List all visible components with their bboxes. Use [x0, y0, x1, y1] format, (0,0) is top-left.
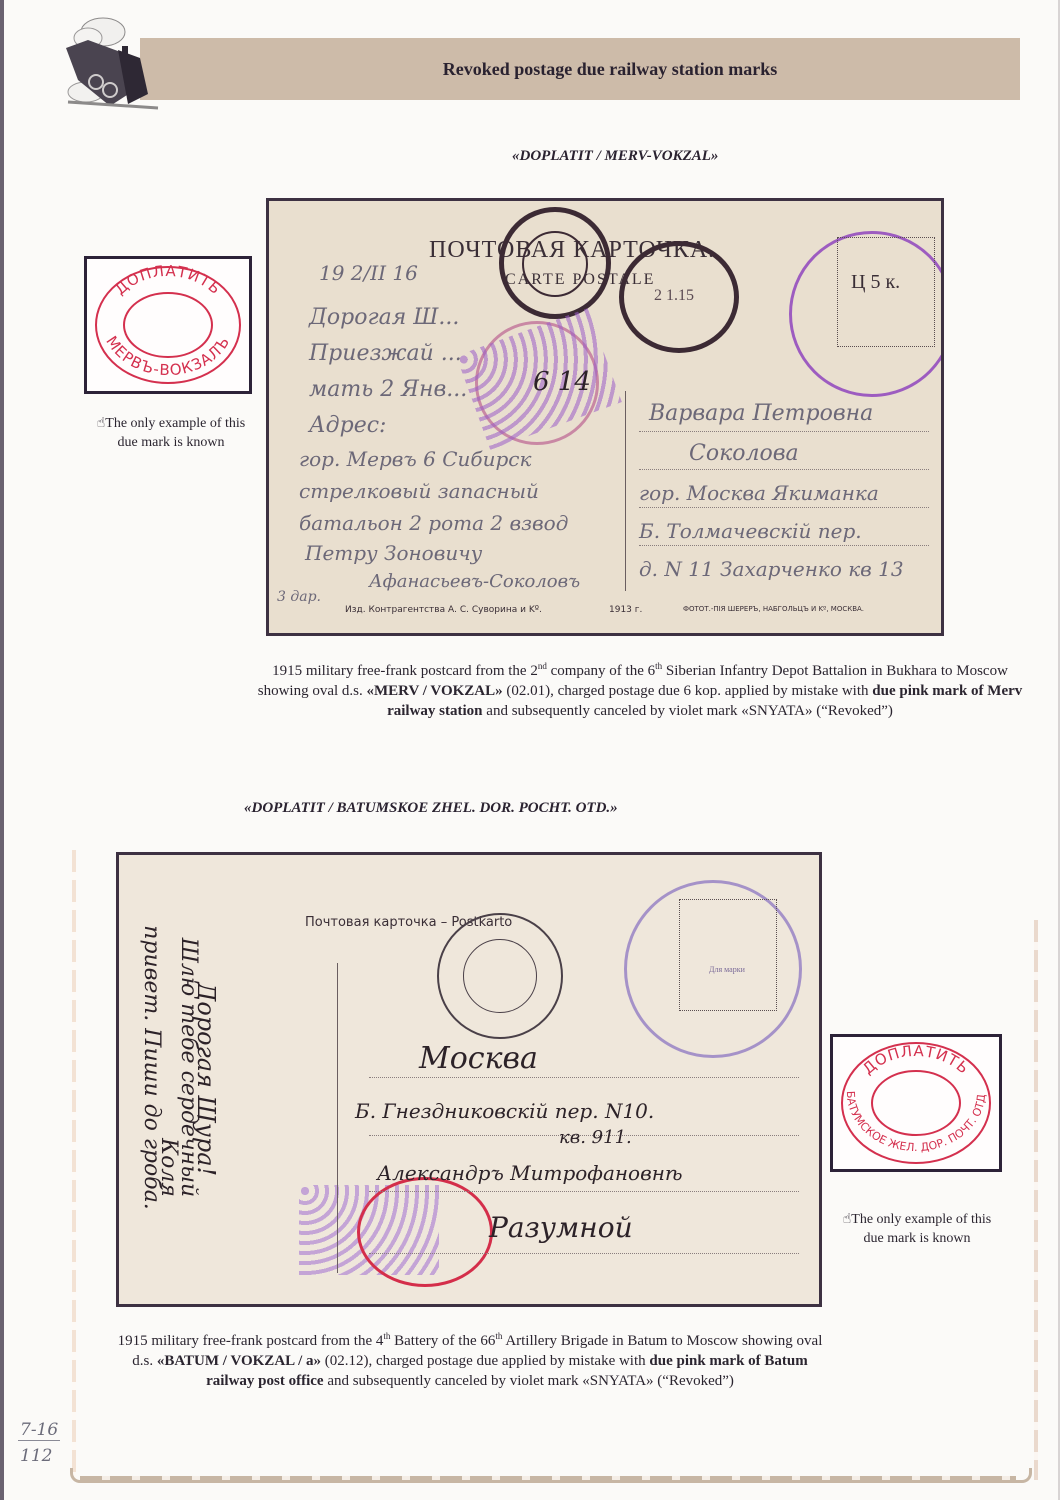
address-handwriting: Александръ Митрофановнѣ	[377, 1161, 683, 1185]
stamp-value: Ц 5 к.	[851, 271, 900, 294]
divider-line	[625, 391, 626, 591]
address-line	[639, 469, 929, 470]
handwriting-line: стрелковый запасный	[299, 479, 539, 503]
only-example-note-1: ☝The only example of this due mark is kn…	[96, 414, 246, 452]
handwriting-line: гор. Мервъ 6 Сибирск	[299, 447, 531, 471]
postcard-batum: Почтовая карточка – Postkarto Для марки …	[116, 852, 822, 1307]
postcard-merv: ПОЧТОВАЯ КАРТОЧКА. CARTE POSTALE 2 1.15 …	[266, 198, 944, 636]
printer-imprint: ФОТОТ.-ПІЯ ШЕРЕРЪ, НАБГОЛЬЦЪ И Kº, МОСКВ…	[683, 605, 864, 613]
stamp-box-text: Для марки	[709, 965, 745, 974]
caption-batum: 1915 military free-frank postcard from t…	[116, 1326, 824, 1391]
address-handwriting: гор. Москва Якиманка	[639, 481, 879, 505]
oval-due-mark-merv: ДОПЛАТИТЬ МЕРВЪ-ВОКЗАЛЪ	[87, 259, 249, 391]
caption-merv: 1915 military free-frank postcard from t…	[250, 656, 1030, 721]
address-handwriting: Б. Гнездниковскій пер. N10.	[355, 1099, 654, 1123]
address-handwriting: Москва	[419, 1041, 538, 1076]
address-line	[639, 545, 929, 546]
page-number-top: 7-16	[18, 1420, 60, 1441]
handwriting-line: мать 2 Янв...	[309, 377, 467, 402]
page-frame-bottom-dashes	[80, 1476, 1016, 1480]
address-line	[639, 431, 929, 432]
handwriting-line: Афанасьевъ-Соколовъ	[369, 571, 580, 592]
page-frame-left	[72, 850, 76, 1480]
section-1-title: «DOPLATIT / MERV-VOKZAL»	[512, 148, 718, 165]
scan-edge-left	[0, 0, 4, 1500]
pointing-hand-icon: ☝	[843, 1211, 852, 1227]
postmark-inner-ring	[522, 231, 588, 297]
page-frame-right	[1034, 920, 1038, 1480]
pink-due-mark-canceled	[357, 1177, 493, 1287]
batum-due-mark-sample: ДОПЛАТИТЬ БАТУМСКОЕ ЖЕЛ. ДОР. ПОЧТ. ОТД.	[830, 1034, 1002, 1172]
handwriting-line: Петру Зоновичу	[305, 541, 482, 565]
handwriting-line: Приезжай ...	[309, 341, 462, 366]
page-number-bottom: 112	[20, 1446, 52, 1466]
address-line	[369, 1077, 799, 1078]
handwriting-line: Коля	[156, 1138, 181, 1197]
handwriting-line: Дорогая Ш...	[309, 305, 459, 330]
postmark-inner-ring	[463, 939, 537, 1013]
address-line	[639, 507, 929, 508]
merv-due-mark-sample: ДОПЛАТИТЬ МЕРВЪ-ВОКЗАЛЪ	[84, 256, 252, 394]
handwriting-line: Адрес:	[309, 413, 386, 438]
postmark-date: 2 1.15	[654, 287, 694, 305]
svg-text:ДОПЛАТИТЬ: ДОПЛАТИТЬ	[859, 1042, 973, 1078]
handwriting-line: 19 2/II 16	[319, 261, 418, 285]
address-line	[369, 1253, 799, 1254]
handwriting-line: батальон 2 рота 2 взвод	[299, 511, 568, 535]
imprint-year: 1913 г.	[609, 605, 642, 615]
address-handwriting: кв. 911.	[559, 1127, 632, 1148]
oval-due-mark-batum: ДОПЛАТИТЬ БАТУМСКОЕ ЖЕЛ. ДОР. ПОЧТ. ОТД.	[833, 1037, 999, 1169]
address-handwriting: Б. Толмачевскій пер.	[639, 519, 862, 543]
section-2-title: «DOPLATIT / BATUMSKOE ZHEL. DOR. POCHT. …	[244, 800, 618, 817]
publisher-imprint: Изд. Контрагентства А. С. Суворина и Kº.	[345, 605, 542, 615]
header-band: Revoked postage due railway station mark…	[140, 38, 1020, 100]
address-handwriting: Разумной	[489, 1211, 633, 1244]
due-amount: 6 14	[533, 367, 591, 397]
stamp-box	[679, 899, 777, 1011]
handwriting-line: 3 дар.	[277, 589, 321, 605]
address-line	[369, 1191, 799, 1192]
address-handwriting: Соколова	[689, 441, 799, 466]
pointing-hand-icon: ☝	[97, 415, 106, 431]
svg-text:МЕРВЪ-ВОКЗАЛЪ: МЕРВЪ-ВОКЗАЛЪ	[102, 333, 233, 379]
address-handwriting: Варвара Петровна	[649, 401, 873, 426]
address-handwriting: д. N 11 Захарченко кв 13	[639, 557, 904, 581]
divider-line	[337, 963, 338, 1273]
only-example-note-2: ☝The only example of this due mark is kn…	[842, 1210, 992, 1248]
page-title: Revoked postage due railway station mark…	[383, 59, 778, 80]
steam-locomotive-icon	[48, 10, 168, 110]
